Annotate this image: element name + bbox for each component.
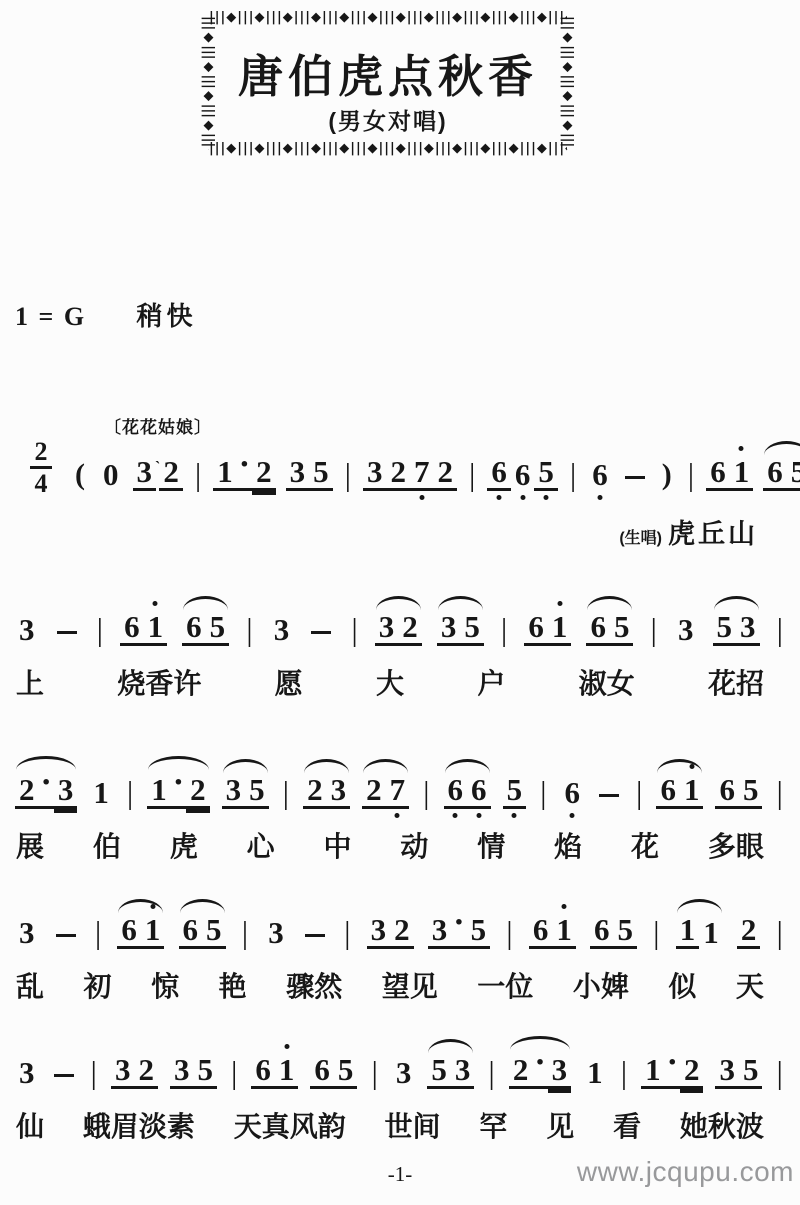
note-glyph: 3 — [137, 456, 153, 487]
note-group — [302, 934, 328, 950]
barline: | — [619, 1055, 629, 1089]
barline: | — [343, 457, 353, 491]
slur-group: 61 — [117, 913, 164, 949]
note-glyph: 3 — [19, 1057, 35, 1088]
note-cell: 1 — [699, 916, 723, 949]
note-glyph: | — [636, 776, 642, 808]
note-glyph: | — [423, 776, 429, 808]
lyric-syllable: 上 — [16, 662, 44, 702]
note-glyph: 5 — [471, 914, 487, 945]
lyric-row: 展伯虎心中动情焰花多眼 — [10, 825, 790, 865]
note-glyph: 1 — [151, 774, 167, 805]
barline: | — [499, 612, 509, 646]
note-group: 61 — [120, 610, 167, 646]
note-group: | — [538, 775, 548, 809]
lyric-syllable: 骤然 — [286, 965, 342, 1005]
note-cell: 5 — [427, 1053, 451, 1089]
note-cell: 3 — [327, 773, 351, 809]
note-glyph: 1 — [145, 914, 161, 945]
slur-group: 53 — [427, 1053, 474, 1089]
note-glyph: · — [534, 1046, 545, 1080]
note-cell: 5 — [610, 610, 634, 646]
barline: | — [649, 612, 659, 646]
note-group: 61 — [251, 1053, 298, 1089]
dash-glyph — [311, 631, 331, 635]
note-glyph: 3 — [268, 917, 284, 948]
note-cell: 1 — [676, 913, 700, 949]
lyric-syllable: 花招 — [708, 662, 764, 702]
note-group — [622, 476, 648, 492]
note-group: | — [686, 457, 696, 491]
note-cell: 3 — [15, 916, 39, 949]
note-glyph: 1 — [148, 611, 164, 642]
lyric-syllable: 中 — [324, 825, 352, 865]
note-cell: 3 — [286, 455, 310, 491]
lyric-syllable: 看 — [613, 1105, 641, 1145]
note-group: 6 — [561, 776, 585, 809]
note-cell: 6 — [656, 773, 680, 809]
note-glyph: 3 — [678, 614, 694, 645]
note-cell: 3 — [270, 613, 294, 646]
barline: | — [538, 775, 548, 809]
barline: | — [281, 775, 291, 809]
note-glyph: 2 — [163, 456, 179, 487]
note-cell: 3 — [54, 773, 78, 809]
note-group: 65 — [310, 1053, 357, 1089]
note-group: 35 — [715, 1053, 762, 1089]
lyric-syllable: 淑女 — [579, 662, 635, 702]
note-glyph: 3 — [552, 1054, 568, 1085]
note-cell: 6 — [561, 776, 585, 809]
note-glyph: | — [127, 776, 133, 808]
title-border-bottom: |||◆|||◆|||◆|||◆|||◆|||◆|||◆|||◆|||◆|||◆… — [209, 141, 567, 156]
note-group: ( — [71, 459, 89, 491]
lyric-row: 上烧香许愿大户淑女花招 — [10, 662, 790, 702]
note-cell: 3 — [264, 916, 288, 949]
first-lyric-phrase: 虎丘山 — [668, 519, 758, 549]
dash-glyph — [599, 794, 619, 798]
note-glyph: 6 — [594, 914, 610, 945]
note-glyph: 6 — [528, 611, 544, 642]
note-glyph: · — [667, 1046, 678, 1080]
dash-note — [53, 934, 79, 950]
note-cell: 5 — [202, 913, 226, 949]
note-glyph: | — [540, 776, 546, 808]
note-cell: 3 — [111, 1053, 135, 1089]
barline: | — [467, 457, 477, 491]
notation-row: (03ˋ2|1·235|3272|665|6)|6165| — [10, 434, 790, 491]
note-group: 3 — [264, 916, 288, 949]
note-group: 61 — [706, 455, 753, 491]
note-glyph: | — [344, 916, 350, 948]
low-octave-dot — [544, 495, 549, 500]
dash-glyph — [54, 1074, 74, 1078]
slur-group: 65 — [179, 913, 226, 949]
note-glyph: 3 — [432, 914, 448, 945]
note-glyph: 3 — [290, 456, 306, 487]
note-group: | — [619, 1055, 629, 1089]
song-title: 唐伯虎点秋香 — [199, 40, 577, 105]
note-glyph: 3 — [115, 1054, 131, 1085]
notation-row: 3|6165|3|3235|6165|353| — [10, 592, 790, 646]
dash-glyph — [57, 631, 77, 635]
note-cell: 1 — [275, 1053, 299, 1089]
dash-note — [51, 1074, 77, 1090]
note-glyph: 3 — [19, 614, 35, 645]
notation-line: 3|3235|6165|353|2·31|1·235|仙蛾眉淡素天真风韵世间罕见… — [10, 1032, 790, 1145]
note-cell: 2 — [362, 773, 386, 809]
note-cell: 6 — [715, 773, 739, 809]
note-group: | — [421, 775, 431, 809]
slur-group: 65 — [182, 610, 229, 646]
note-glyph: 0 — [103, 459, 119, 490]
note-glyph: 6 — [590, 611, 606, 642]
high-octave-dot — [562, 904, 567, 909]
note-cell: 1 — [89, 776, 113, 809]
note-cell: 3 — [170, 1053, 194, 1089]
slur-group: 61 — [656, 773, 703, 809]
lyric-syllable: 焰 — [554, 825, 582, 865]
note-glyph: 5 — [614, 611, 630, 642]
barline: | — [342, 915, 352, 949]
note-cell: 7 — [410, 455, 434, 491]
note-cell: 6 — [182, 610, 206, 646]
dash-note — [302, 934, 328, 950]
note-cell: 1 — [583, 1056, 607, 1089]
note-glyph: 3 — [19, 917, 35, 948]
lyric-row: 仙蛾眉淡素天真风韵世间罕见看她秋波 — [10, 1105, 790, 1145]
note-cell: 3 — [428, 913, 452, 949]
note-glyph: | — [651, 613, 657, 645]
note-group: 35 — [286, 455, 333, 491]
note-cell: 3 — [15, 1056, 39, 1089]
note-cell: 5 — [334, 1053, 358, 1089]
note-group: 0 — [99, 458, 123, 491]
lyric-syllable: 小婢 — [573, 965, 629, 1005]
note-cell: 2 — [252, 455, 276, 491]
note-group: | — [486, 1055, 496, 1089]
note-glyph: 5 — [538, 456, 554, 487]
barline: | — [93, 915, 103, 949]
lyric-syllable: 大 — [376, 662, 404, 702]
note-glyph: 3 — [455, 1054, 471, 1085]
high-octave-dot — [150, 904, 155, 909]
note-group: 1·2 — [641, 1050, 703, 1089]
lyric-syllable: 情 — [477, 825, 505, 865]
note-glyph: | — [97, 613, 103, 645]
note-glyph: 3 — [719, 1054, 735, 1085]
note-cell: 1 — [213, 455, 237, 491]
note-cell: 6 — [467, 773, 491, 809]
slur-group: 32 — [375, 610, 422, 646]
note-glyph: 5 — [210, 611, 226, 642]
note-glyph: · — [239, 448, 250, 482]
augmentation-dot: · — [237, 452, 252, 491]
note-glyph: 3 — [331, 774, 347, 805]
note-cell: ( — [71, 459, 89, 491]
note-glyph: 6 — [121, 914, 137, 945]
barline: | — [634, 775, 644, 809]
note-cell: 3 — [363, 455, 387, 491]
note-glyph: 2 — [437, 456, 453, 487]
dash-note — [596, 794, 622, 810]
note-cell: 5 — [309, 455, 333, 491]
note-group: 3 — [392, 1056, 416, 1089]
singer-label: (生唱)虎丘山 — [619, 512, 758, 551]
note-cell: 5 — [245, 773, 269, 809]
dash-glyph — [305, 934, 325, 938]
note-cell: 3 — [222, 773, 246, 809]
note-cell: 3 — [392, 1056, 416, 1089]
barline: | — [421, 775, 431, 809]
note-cell: 6 — [588, 458, 612, 491]
note-glyph: 2 — [741, 914, 757, 945]
note-glyph: 5 — [743, 774, 759, 805]
note-group: | — [649, 612, 659, 646]
lyric-syllable: 天 — [736, 965, 764, 1005]
lyric-syllable: 愿 — [275, 662, 303, 702]
note-glyph: 3 — [740, 611, 756, 642]
note-group: | — [240, 915, 250, 949]
lyric-syllable: 蛾眉淡素 — [83, 1105, 195, 1145]
key-tempo-line: 1 = G 稍快 — [15, 296, 197, 333]
note-glyph: 5 — [313, 456, 329, 487]
note-group: 61 — [524, 610, 571, 646]
note-glyph: 5 — [464, 611, 480, 642]
note-glyph: 1 — [279, 1054, 295, 1085]
note-group: | — [369, 1055, 379, 1089]
note-group — [308, 631, 334, 647]
note-glyph: 1 — [703, 917, 719, 948]
note-glyph: 2 — [138, 1054, 154, 1085]
note-glyph: | — [231, 1056, 237, 1088]
note-glyph: 7 — [414, 456, 430, 487]
note-group — [596, 794, 622, 810]
note-group: | — [504, 915, 514, 949]
note-group: 3 — [15, 613, 39, 646]
note-group: | — [244, 612, 254, 646]
note-glyph: 2 — [390, 456, 406, 487]
tempo-marking: 稍快 — [137, 301, 197, 331]
barline: | — [193, 457, 203, 491]
note-group: | — [93, 915, 103, 949]
note-cell: 3 — [736, 610, 760, 646]
note-glyph: 5 — [197, 1054, 213, 1085]
low-octave-dot — [476, 813, 481, 818]
note-group: 5 — [503, 773, 527, 809]
low-octave-dot — [598, 495, 603, 500]
augmentation-dot: · — [39, 770, 54, 809]
title-border-top: |||◆|||◆|||◆|||◆|||◆|||◆|||◆|||◆|||◆|||◆… — [209, 10, 567, 25]
barline: | — [244, 612, 254, 646]
note-cell: 1 — [680, 773, 704, 809]
note-group: 3 — [15, 916, 39, 949]
note-group — [51, 1074, 77, 1090]
lyric-syllable: 似 — [668, 965, 696, 1005]
note-glyph: 1 — [645, 1054, 661, 1085]
note-glyph: 5 — [618, 914, 634, 945]
barline: | — [774, 775, 784, 809]
note-cell: 6 — [586, 610, 610, 646]
note-glyph: 1 — [556, 914, 572, 945]
barline: | — [504, 915, 514, 949]
low-octave-dot — [570, 813, 575, 818]
note-cell: 6 — [117, 913, 141, 949]
lyric-syllable: 惊 — [151, 965, 179, 1005]
low-octave-dot — [419, 495, 424, 500]
watermark: www.jcqupu.com — [577, 1156, 794, 1188]
note-glyph: | — [246, 613, 252, 645]
note-glyph: · — [41, 766, 52, 800]
note-group: | — [651, 915, 661, 949]
note-glyph: 2 — [394, 914, 410, 945]
notation-row: 3|3235|6165|353|2·31|1·235| — [10, 1032, 790, 1089]
note-cell: 3 — [367, 913, 391, 949]
title-box: |||◆|||◆|||◆|||◆|||◆|||◆|||◆|||◆|||◆|||◆… — [199, 8, 577, 158]
note-glyph: | — [195, 458, 201, 490]
note-glyph: | — [242, 916, 248, 948]
augmentation-dot: · — [532, 1050, 547, 1089]
note-group: | — [467, 457, 477, 491]
notation-line: 2·31|1·235|2327|665|6|6165|展伯虎心中动情焰花多眼 — [10, 752, 790, 865]
note-group: 32 — [111, 1053, 158, 1089]
note-group: 65 — [715, 773, 762, 809]
note-glyph: | — [371, 1056, 377, 1088]
note-glyph: 2 — [256, 456, 272, 487]
note-cell: 2 — [134, 1053, 158, 1089]
note-cell: 6 — [487, 455, 511, 491]
note-cell: 1 — [144, 610, 168, 646]
lyric-syllable: 心 — [247, 825, 275, 865]
note-cell: 5 — [467, 913, 491, 949]
lyric-syllable: 她秋波 — [680, 1105, 764, 1145]
note-group: | — [125, 775, 135, 809]
slur-group: 11 — [676, 913, 723, 949]
slur-group: 66 — [444, 773, 491, 809]
dash-glyph — [56, 934, 76, 938]
note-cell: 6 — [529, 913, 553, 949]
slur-group: 53 — [713, 610, 760, 646]
note-glyph: 6 — [565, 777, 581, 808]
note-group: | — [775, 915, 785, 949]
key-signature: 1 = G — [15, 302, 86, 331]
note-group: 2 — [737, 913, 761, 949]
lyric-syllable: 花 — [631, 825, 659, 865]
note-glyph: 1 — [93, 777, 109, 808]
note-group: 3 — [674, 613, 698, 646]
note-glyph: 5 — [431, 1054, 447, 1085]
low-octave-dot — [395, 813, 400, 818]
note-glyph: 1 — [734, 456, 750, 487]
note-cell: 2 — [398, 610, 422, 646]
note-group: | — [89, 1055, 99, 1089]
lyric-row: 乱初惊艳骤然望见一位小婢似天 — [10, 965, 790, 1005]
note-group: | — [499, 612, 509, 646]
note-glyph: | — [776, 776, 782, 808]
note-glyph: | — [351, 613, 357, 645]
note-cell: 1 — [147, 773, 171, 809]
note-cell: 3 — [451, 1053, 475, 1089]
note-glyph: 6 — [719, 774, 735, 805]
note-glyph: | — [570, 458, 576, 490]
note-group: | — [281, 775, 291, 809]
dash-note — [54, 631, 80, 647]
note-glyph: | — [95, 916, 101, 948]
note-cell: 6 — [706, 455, 730, 491]
note-cell: 3 — [548, 1053, 572, 1089]
note-cell: 2 — [186, 773, 210, 809]
barline: | — [686, 457, 696, 491]
note-glyph: 3 — [441, 611, 457, 642]
note-group: | — [343, 457, 353, 491]
note-glyph: 3 — [174, 1054, 190, 1085]
lyric-syllable: 虎 — [170, 825, 198, 865]
note-glyph: | — [501, 613, 507, 645]
note-cell: 6 — [590, 913, 614, 949]
dash-note — [622, 476, 648, 492]
low-octave-dot — [512, 813, 517, 818]
note-cell: 6 — [120, 610, 144, 646]
note-glyph: 1 — [680, 914, 696, 945]
note-cell: 1 — [730, 455, 754, 491]
note-cell: 6 — [524, 610, 548, 646]
note-group: 61 — [529, 913, 576, 949]
note-glyph: | — [506, 916, 512, 948]
note-cell: 2 — [680, 1053, 704, 1089]
note-glyph: 5 — [743, 1054, 759, 1085]
high-octave-dot — [739, 446, 744, 451]
note-cell: 6 — [763, 455, 787, 491]
note-glyph: | — [776, 1056, 782, 1088]
note-glyph: 1 — [587, 1057, 603, 1088]
note-glyph: 2 — [684, 1054, 700, 1085]
note-cell: 5 — [534, 455, 558, 491]
note-glyph: 1 — [552, 611, 568, 642]
note-glyph: · — [453, 906, 464, 940]
slur-group: 35 — [222, 773, 269, 809]
note-group: | — [193, 457, 203, 491]
high-octave-dot — [284, 1044, 289, 1049]
low-octave-dot — [497, 495, 502, 500]
note-cell: 2 — [159, 455, 183, 491]
barline: | — [229, 1055, 239, 1089]
barline: | — [240, 915, 250, 949]
slur-group: 35 — [437, 610, 484, 646]
sheet-music-page: |||◆|||◆|||◆|||◆|||◆|||◆|||◆|||◆|||◆|||◆… — [0, 0, 800, 1205]
note-group: 3ˋ2 — [133, 455, 183, 491]
note-group: | — [634, 775, 644, 809]
note-group: 35 — [170, 1053, 217, 1089]
note-glyph: | — [621, 1056, 627, 1088]
note-cell: 5 — [614, 913, 638, 949]
note-cell: 5 — [739, 773, 763, 809]
barline: | — [95, 612, 105, 646]
high-octave-dot — [153, 601, 158, 606]
slur-group: 23 — [303, 773, 350, 809]
note-group: 65 — [590, 913, 637, 949]
high-octave-dot — [557, 601, 562, 606]
lyric-syllable: 天真风韵 — [234, 1105, 346, 1145]
note-cell: 6 — [310, 1053, 334, 1089]
note-glyph: 3 — [274, 614, 290, 645]
note-glyph: 2 — [19, 774, 35, 805]
note-cell: 2 — [433, 455, 457, 491]
note-glyph: · — [173, 766, 184, 800]
note-group: | — [349, 612, 359, 646]
note-cell: 2 — [509, 1053, 533, 1089]
barline: | — [774, 1055, 784, 1089]
note-cell: 5 — [739, 1053, 763, 1089]
